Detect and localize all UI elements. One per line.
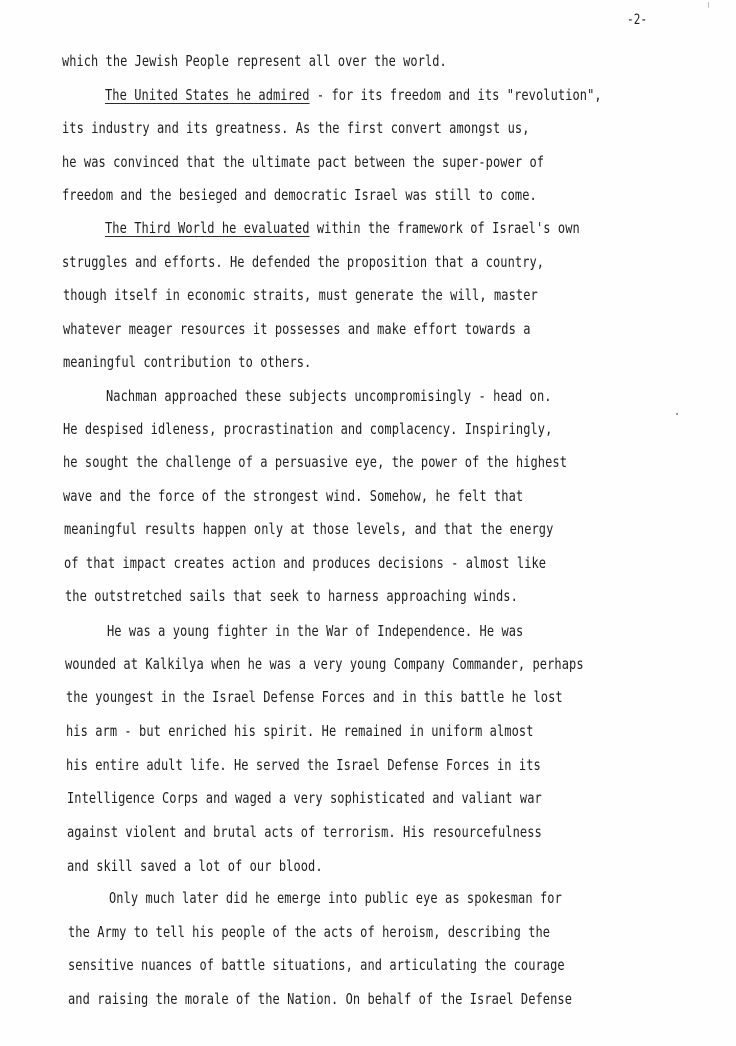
text-line: and raising the morale of the Nation. On… (68, 990, 572, 1008)
text-line: he was convinced that the ultimate pact … (62, 153, 544, 171)
text-line: its industry and its greatness. As the f… (62, 119, 530, 137)
text-line: Intelligence Corps and waged a very soph… (67, 789, 542, 807)
scan-speck (708, 2, 709, 8)
text-line: the outstretched sails that seek to harn… (65, 587, 518, 605)
underlined-phrase: The United States he admired (105, 86, 310, 104)
scan-speck (676, 413, 678, 415)
text-line: meaningful contribution to others. (63, 353, 311, 371)
text-line: whatever meager resources it possesses a… (63, 320, 531, 338)
text-line: Nachman approached these subjects uncomp… (106, 387, 552, 405)
text-line: The United States he admired - for its f… (105, 86, 602, 104)
text-span: within the framework of Israel's own (310, 219, 580, 237)
text-line: He was a young fighter in the War of Ind… (107, 622, 523, 640)
text-line: The Third World he evaluated within the … (105, 219, 580, 237)
text-line: wounded at Kalkilya when he was a very y… (65, 655, 584, 673)
text-line: he sought the challenge of a persuasive … (63, 453, 567, 471)
text-line: freedom and the besieged and democratic … (62, 186, 537, 204)
page-number: -2- (627, 12, 647, 28)
document-page: -2- which the Jewish People represent al… (0, 0, 736, 1046)
underlined-phrase: The Third World he evaluated (105, 219, 310, 237)
text-line: struggles and efforts. He defended the p… (62, 253, 544, 271)
text-line: the Army to tell his people of the acts … (68, 923, 550, 941)
text-line: of that impact creates action and produc… (64, 554, 546, 572)
text-line: though itself in economic straits, must … (63, 286, 538, 304)
text-line: meaningful results happen only at those … (64, 520, 553, 538)
text-line: Only much later did he emerge into publi… (109, 889, 562, 907)
text-span: - for its freedom and its "revolution", (310, 86, 602, 104)
text-line: the youngest in the Israel Defense Force… (66, 688, 563, 706)
text-line: against violent and brutal acts of terro… (67, 823, 542, 841)
text-line: sensitive nuances of battle situations, … (68, 956, 565, 974)
text-line: and skill saved a lot of our blood. (67, 857, 323, 875)
text-line: He despised idleness, procrastination an… (63, 420, 552, 438)
text-line: his arm - but enriched his spirit. He re… (66, 722, 534, 740)
text-line: his entire adult life. He served the Isr… (66, 756, 541, 774)
text-line: which the Jewish People represent all ov… (62, 52, 447, 70)
text-line: wave and the force of the strongest wind… (63, 487, 523, 505)
